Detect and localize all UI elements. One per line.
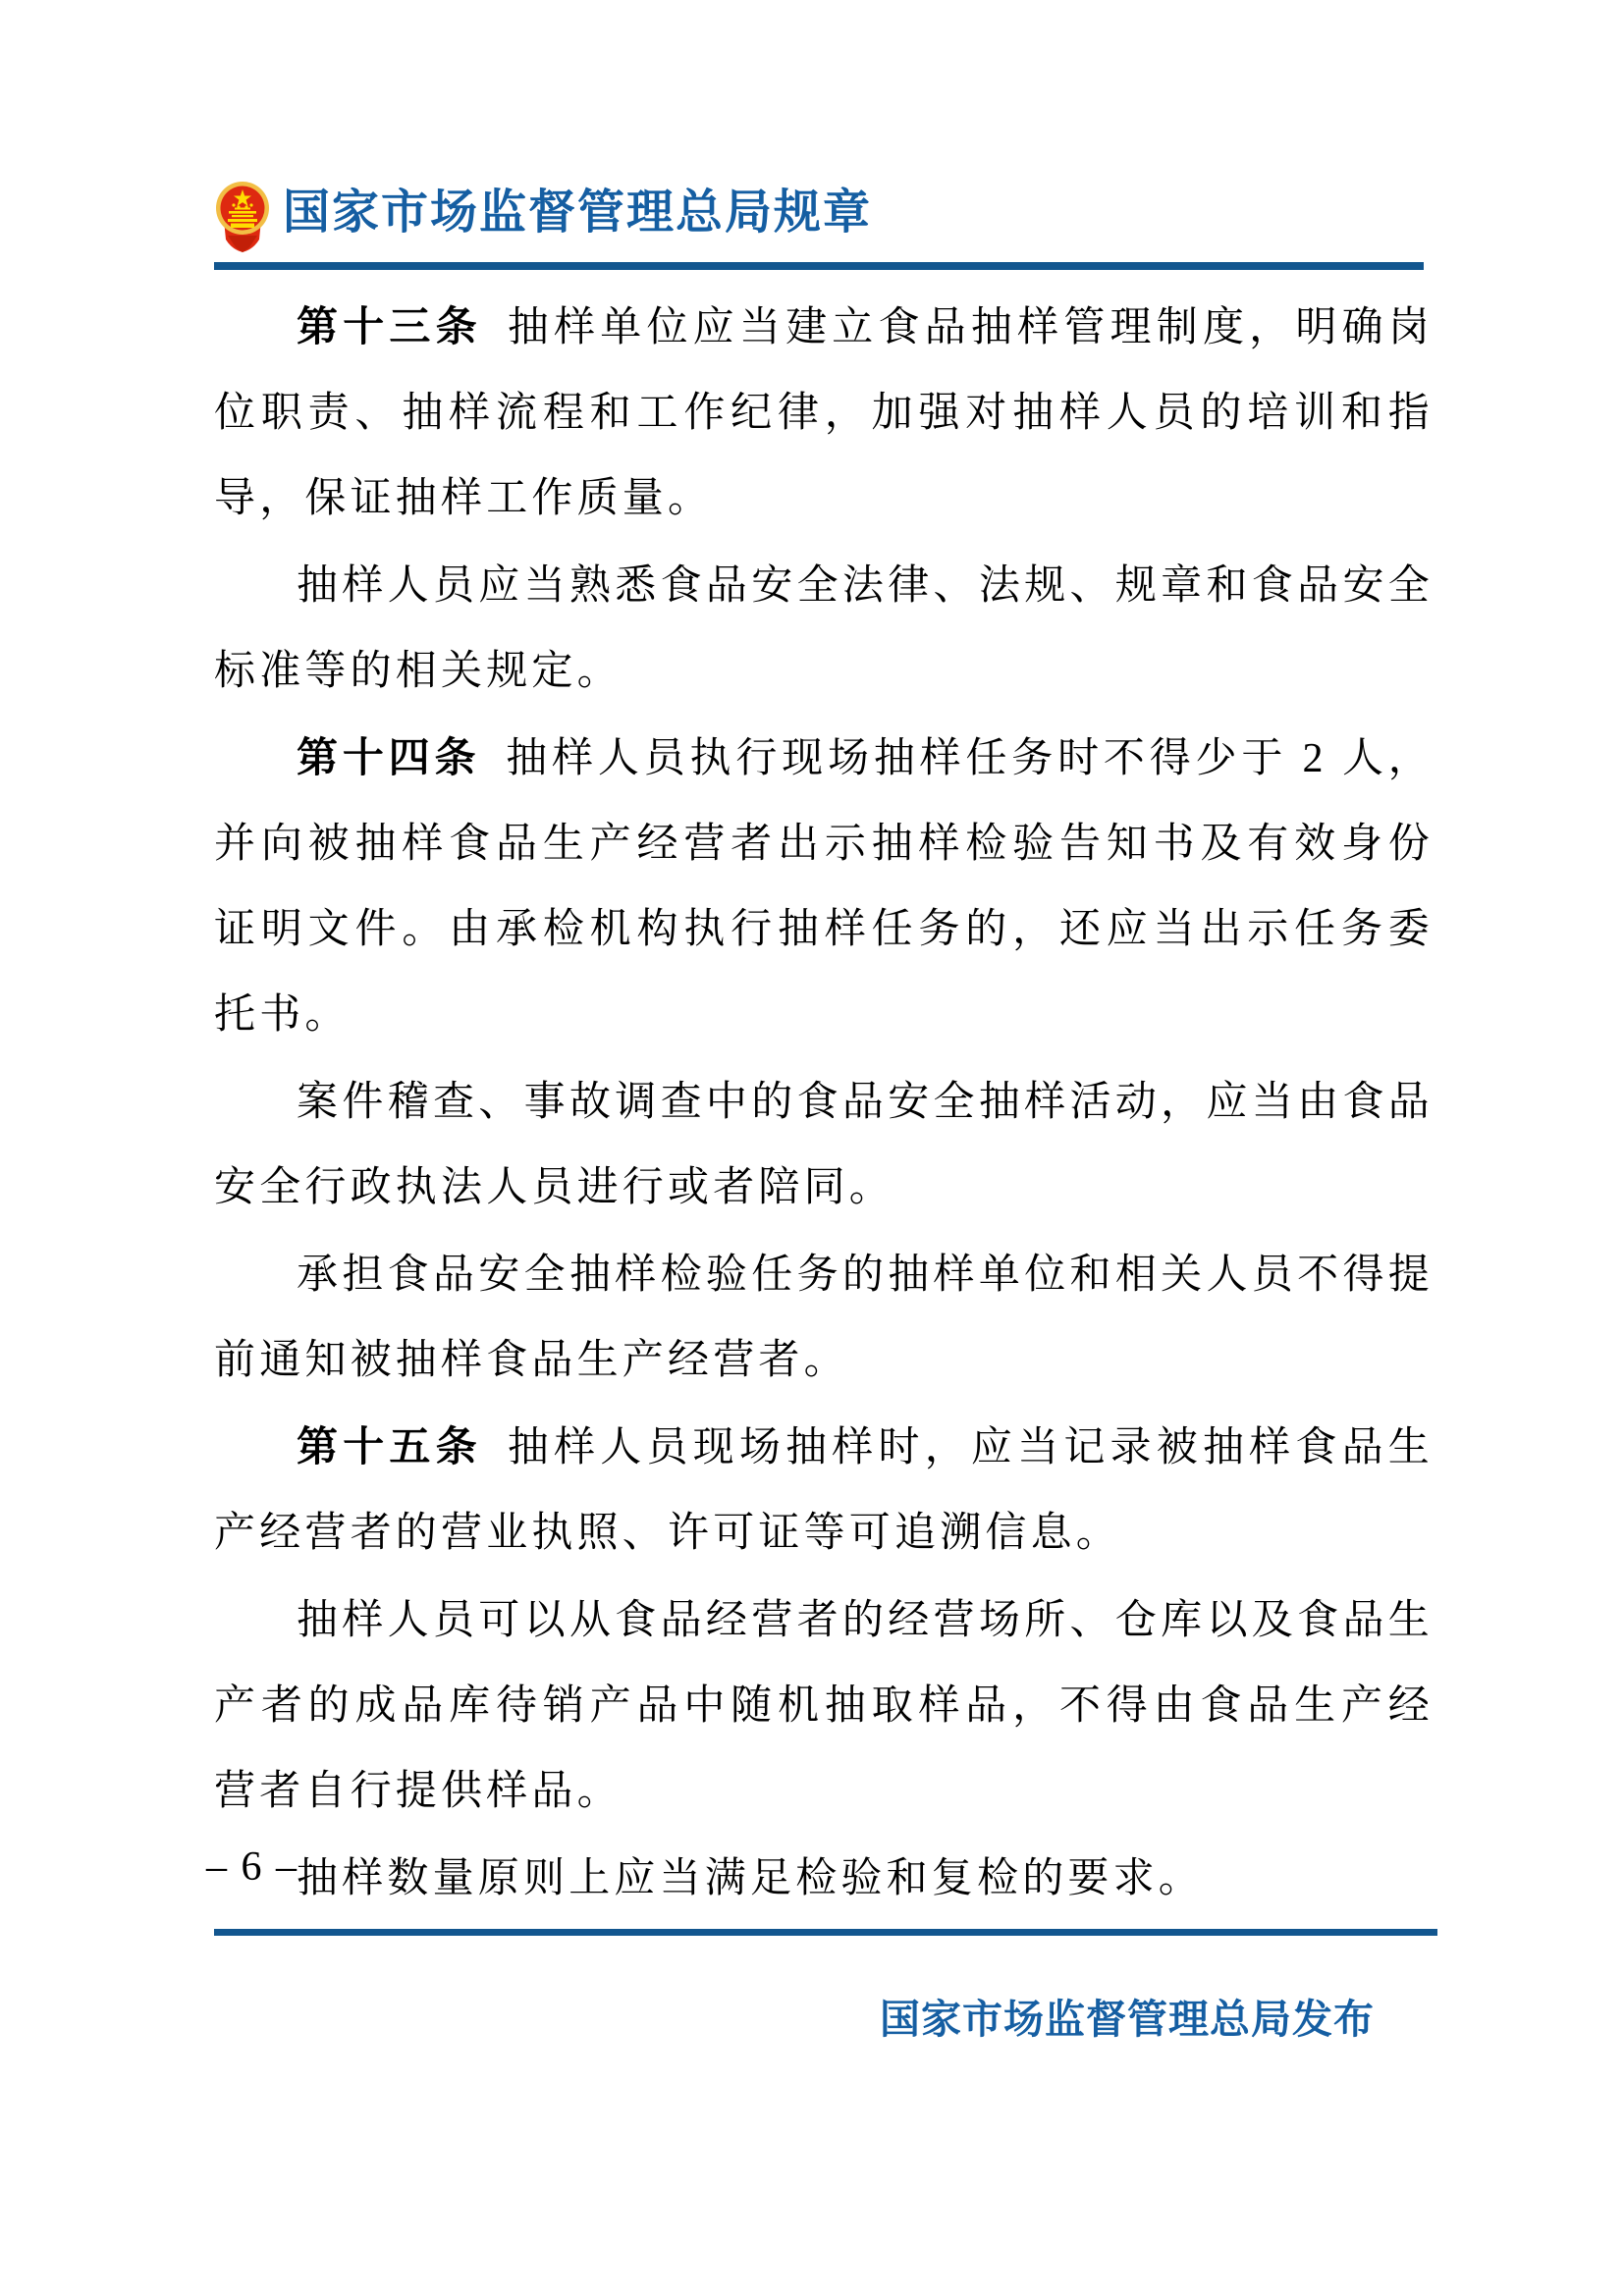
paragraph: 抽样人员应当熟悉食品安全法律、法规、规章和食品安全标准等的相关规定。 <box>214 542 1434 715</box>
article-13-term: 第十三条 <box>297 303 482 349</box>
article-14-term: 第十四条 <box>297 734 480 780</box>
page-number: – 6 – <box>206 1843 298 1891</box>
document-body: 第十三条抽样单位应当建立食品抽样管理制度，明确岗位职责、抽样流程和工作纪律，加强… <box>214 284 1434 1922</box>
paragraph-text: 抽样人员可以从食品经营者的经营场所、仓库以及食品生产者的成品库待销产品中随机抽取… <box>214 1598 1434 1814</box>
paragraph-text: 抽样数量原则上应当满足检验和复检的要求。 <box>297 1856 1204 1901</box>
document-page: 国家市场监督管理总局规章 第十三条抽样单位应当建立食品抽样管理制度，明确岗位职责… <box>0 0 1624 2296</box>
header-title: 国家市场监督管理总局规章 <box>283 189 872 242</box>
header-rule <box>214 262 1424 270</box>
footer-publisher: 国家市场监督管理总局发布 <box>880 1987 1375 2045</box>
paragraph: 案件稽查、事故调查中的食品安全抽样活动，应当由食品安全行政执法人员进行或者陪同。 <box>214 1058 1434 1231</box>
paragraph: 抽样人员可以从食品经营者的经营场所、仓库以及食品生产者的成品库待销产品中随机抽取… <box>214 1576 1434 1835</box>
paragraph-article-15: 第十五条抽样人员现场抽样时，应当记录被抽样食品生产经营者的营业执照、许可证等可追… <box>214 1404 1434 1576</box>
article-14-text: 抽样人员执行现场抽样任务时不得少于 2 人，并向被抽样食品生产经营者出示抽样检验… <box>214 736 1434 1038</box>
paragraph-text: 抽样人员应当熟悉食品安全法律、法规、规章和食品安全标准等的相关规定。 <box>214 563 1434 694</box>
china-national-emblem-icon <box>214 179 271 253</box>
paragraph: 承担食品安全抽样检验任务的抽样单位和相关人员不得提前通知被抽样食品生产经营者。 <box>214 1231 1434 1404</box>
paragraph-article-13: 第十三条抽样单位应当建立食品抽样管理制度，明确岗位职责、抽样流程和工作纪律，加强… <box>214 284 1434 542</box>
page-header: 国家市场监督管理总局规章 <box>214 179 872 253</box>
article-15-term: 第十五条 <box>297 1423 482 1469</box>
paragraph-text: 承担食品安全抽样检验任务的抽样单位和相关人员不得提前通知被抽样食品生产经营者。 <box>214 1253 1434 1383</box>
footer-rule <box>214 1929 1437 1936</box>
paragraph-article-14: 第十四条抽样人员执行现场抽样任务时不得少于 2 人，并向被抽样食品生产经营者出示… <box>214 715 1434 1058</box>
paragraph: 抽样数量原则上应当满足检验和复检的要求。 <box>214 1835 1434 1922</box>
paragraph-text: 案件稽查、事故调查中的食品安全抽样活动，应当由食品安全行政执法人员进行或者陪同。 <box>214 1080 1434 1210</box>
